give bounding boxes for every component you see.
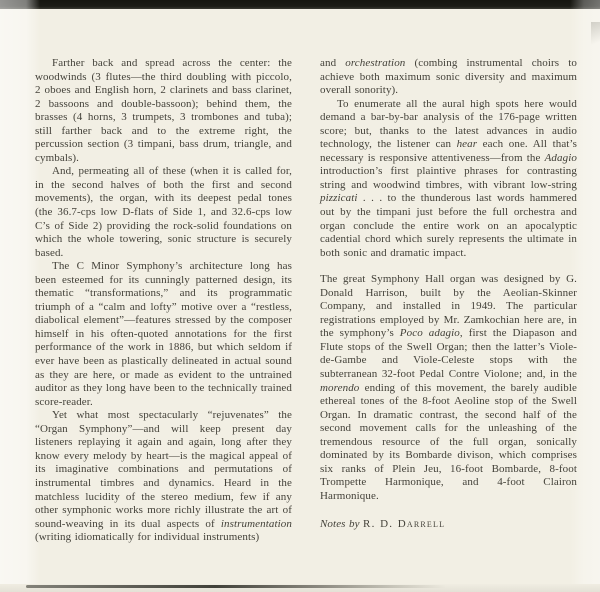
page-curl-artifact xyxy=(591,22,600,52)
italic-text-run: morendo xyxy=(320,382,359,394)
text-run: . . . to the thunderous last words hamme… xyxy=(320,192,577,258)
text-column-left: Farther back and spread across the cente… xyxy=(35,57,292,545)
text-run: ending of this movement, the barely audi… xyxy=(320,382,577,502)
liner-notes-page: { "page": { "background_color": "#f2efe4… xyxy=(0,0,600,592)
italic-text-run: hear xyxy=(457,138,478,150)
italic-text-run: pizzicati xyxy=(320,192,358,204)
paragraph: Yet what most spectacularly “rejuvenates… xyxy=(35,409,292,544)
scan-edge-bottom xyxy=(0,584,600,592)
italic-text-run: orchestration xyxy=(345,57,405,69)
paragraph: Farther back and spread across the cente… xyxy=(35,57,292,165)
text-run: The C Minor Symphony’s architecture long… xyxy=(35,260,292,407)
paragraph: The C Minor Symphony’s architecture long… xyxy=(35,260,292,409)
paragraph: To enumerate all the aural high spots he… xyxy=(320,98,577,261)
paragraph: and orchestration (combing instrumental … xyxy=(320,57,577,98)
paragraph: The great Symphony Hall organ was design… xyxy=(320,273,577,503)
byline: Notes by R. D. Darrell xyxy=(320,518,577,532)
text-run: (writing idiomatically for individual in… xyxy=(35,531,259,543)
text-run: And, permeating all of these (when it is… xyxy=(35,165,292,258)
italic-text-run: Notes by xyxy=(320,518,363,530)
paragraph: And, permeating all of these (when it is… xyxy=(35,165,292,260)
text-run: and xyxy=(320,57,345,69)
text-column-right: and orchestration (combing instrumental … xyxy=(320,57,577,545)
text-run: introduction’s first plaintive phrases f… xyxy=(320,165,577,191)
text-run: Farther back and spread across the cente… xyxy=(35,57,292,164)
scan-edge-top xyxy=(0,0,600,9)
italic-text-run: Adagio xyxy=(545,152,577,164)
liner-notes-text: Farther back and spread across the cente… xyxy=(35,57,577,545)
italic-text-run: instrumentation xyxy=(221,518,292,530)
scan-line-bottom xyxy=(26,585,446,588)
text-run: Yet what most spectacularly “rejuvenates… xyxy=(35,409,292,529)
smallcaps-text-run: R. D. Darrell xyxy=(363,518,445,530)
italic-text-run: Poco adagio xyxy=(400,327,460,339)
